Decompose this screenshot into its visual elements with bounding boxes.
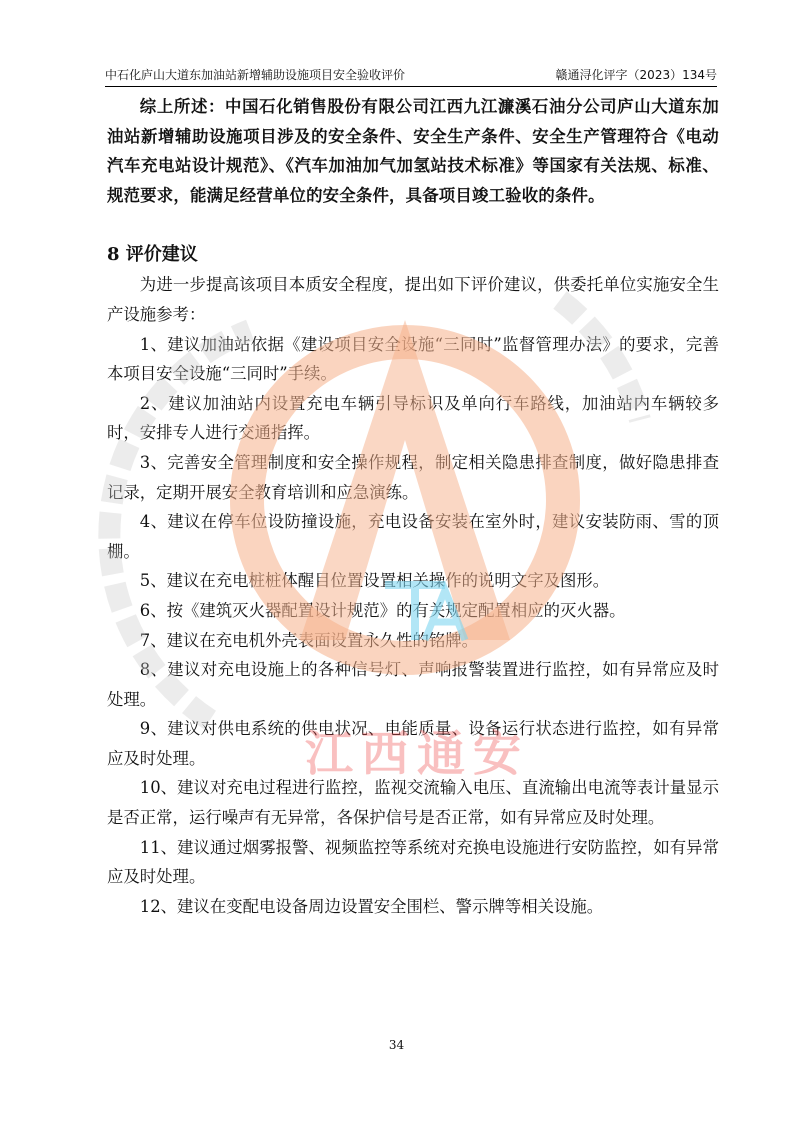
recommendation-item: 5、建议在充电桩桩体醒目位置设置相关操作的说明文字及图形。 <box>107 566 719 596</box>
summary-paragraph: 综上所述：中国石化销售股份有限公司江西九江濂溪石油分公司庐山大道东加油站新增辅助… <box>107 92 719 210</box>
summary-lead: 综上所述： <box>140 97 225 116</box>
recommendation-item: 11、建议通过烟雾报警、视频监控等系统对充换电设施进行安防监控，如有异常应及时处… <box>107 833 719 892</box>
recommendation-item: 4、建议在停车位设防撞设施，充电设备安装在室外时，建议安装防雨、雪的顶棚。 <box>107 507 719 566</box>
page-number: 34 <box>0 1038 793 1052</box>
recommendation-item: 3、完善安全管理制度和安全操作规程，制定相关隐患排查制度，做好隐患排查记录，定期… <box>107 448 719 507</box>
recommendation-item: 10、建议对充电过程进行监控，监视交流输入电压、直流输出电流等表计量显示是否正常… <box>107 773 719 832</box>
section-intro: 为进一步提高该项目本质安全程度，提出如下评价建议，供委托单位实施安全生产设施参考… <box>107 270 719 329</box>
page-content: 综上所述：中国石化销售股份有限公司江西九江濂溪石油分公司庐山大道东加油站新增辅助… <box>107 92 719 921</box>
recommendation-item: 2、建议加油站内设置充电车辆引导标识及单向行车路线，加油站内车辆较多时，安排专人… <box>107 389 719 448</box>
recommendation-item: 6、按《建筑灭火器配置设计规范》的有关规定配置相应的灭火器。 <box>107 596 719 626</box>
header-report-title: 中石化庐山大道东加油站新增辅助设施项目安全验收评价 <box>105 66 405 84</box>
recommendation-item: 1、建议加油站依据《建设项目安全设施“三同时”监督管理办法》的要求，完善本项目安… <box>107 330 719 389</box>
document-page: 中石化庐山大道东加油站新增辅助设施项目安全验收评价 赣通浔化评字（2023）13… <box>0 0 793 1122</box>
recommendation-item: 8、建议对充电设施上的各种信号灯、声响报警装置进行监控，如有异常应及时处理。 <box>107 655 719 714</box>
recommendation-item: 9、建议对供电系统的供电状况、电能质量、设备运行状态进行监控，如有异常应及时处理… <box>107 714 719 773</box>
section-heading: 8 评价建议 <box>107 240 719 270</box>
header-document-number: 赣通浔化评字（2023）134号 <box>556 66 717 84</box>
page-header: 中石化庐山大道东加油站新增辅助设施项目安全验收评价 赣通浔化评字（2023）13… <box>105 66 717 87</box>
recommendation-item: 12、建议在变配电设备周边设置安全围栏、警示牌等相关设施。 <box>107 892 719 922</box>
recommendation-item: 7、建议在充电机外壳表面设置永久性的铭牌。 <box>107 626 719 656</box>
